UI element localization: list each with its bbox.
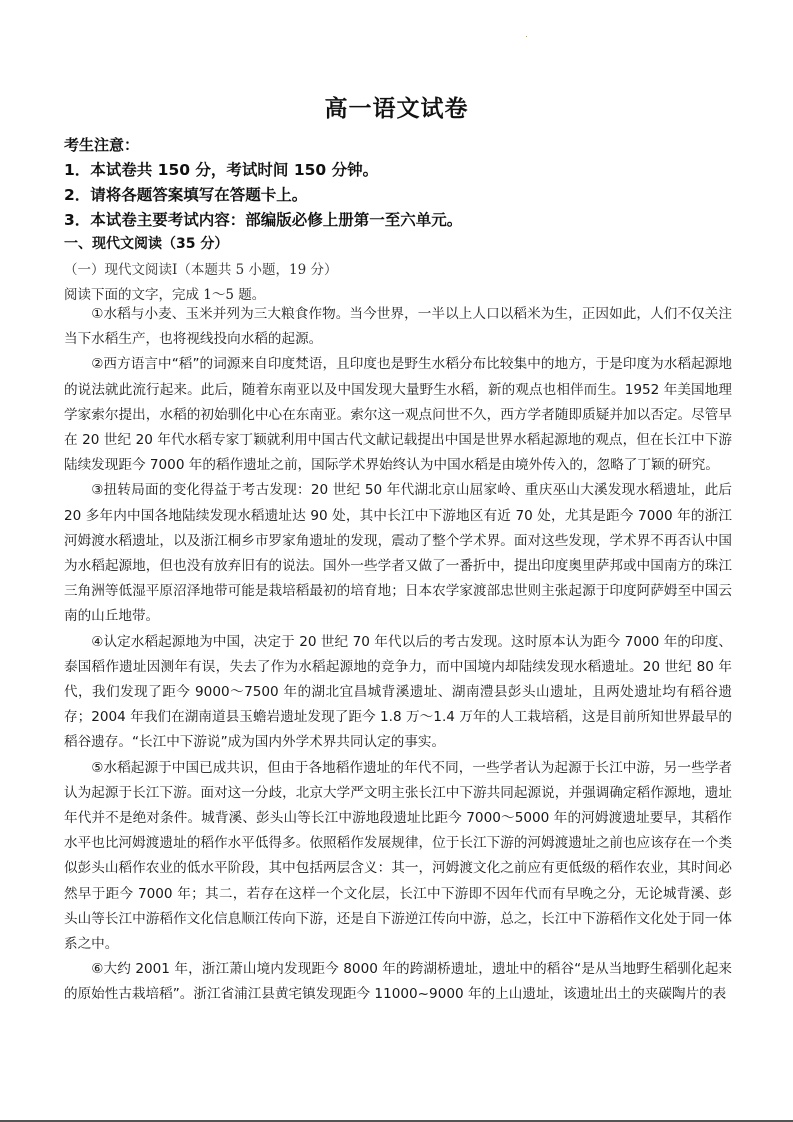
notice-heading: 考生注意： <box>64 134 139 155</box>
subsection-heading: （一）现代文阅读Ⅰ（本题共 5 小题，19 分） <box>64 258 337 278</box>
reading-passage: ①水稻与小麦、玉米并列为三大粮食作物。当今世界，一半以上人口以稻米为生，正因如此… <box>64 302 732 1008</box>
exam-page: 高一语文试卷 考生注意： 1．本试卷共 150 分，考试时间 150 分钟。 2… <box>0 0 793 1122</box>
notice-item-2: 2．请将各题答案填写在答题卡上。 <box>64 183 307 205</box>
paragraph-3: ③扭转局面的变化得益于考古发现：20 世纪 50 年代湖北京山屈家岭、重庆巫山大… <box>64 478 732 629</box>
paragraph-5: ⑤水稻起源于中国已成共识，但由于各地稻作遗址的年代不同，一些学者认为起源于长江中… <box>64 756 732 958</box>
section-heading: 一、现代文阅读（35 分） <box>64 233 228 253</box>
notice-item-1: 1．本试卷共 150 分，考试时间 150 分钟。 <box>64 158 378 180</box>
paragraph-4: ④认定水稻起源地为中国，决定于 20 世纪 70 年代以后的考古发现。这时原本认… <box>64 630 732 756</box>
reading-instruction: 阅读下面的文字，完成 1～5 题。 <box>64 283 265 303</box>
page-title: 高一语文试卷 <box>0 90 793 123</box>
paragraph-2: ②西方语言中“稻”的词源来自印度梵语，且印度也是野生水稻分布比较集中的地方，于是… <box>64 352 732 478</box>
notice-item-3: 3．本试卷主要考试内容：部编版必修上册第一至六单元。 <box>64 208 462 230</box>
paragraph-6: ⑥大约 2001 年，浙江萧山境内发现距今 8000 年的跨湖桥遗址，遗址中的稻… <box>64 957 732 1007</box>
scan-mark <box>526 36 527 37</box>
paragraph-1: ①水稻与小麦、玉米并列为三大粮食作物。当今世界，一半以上人口以稻米为生，正因如此… <box>64 302 732 352</box>
